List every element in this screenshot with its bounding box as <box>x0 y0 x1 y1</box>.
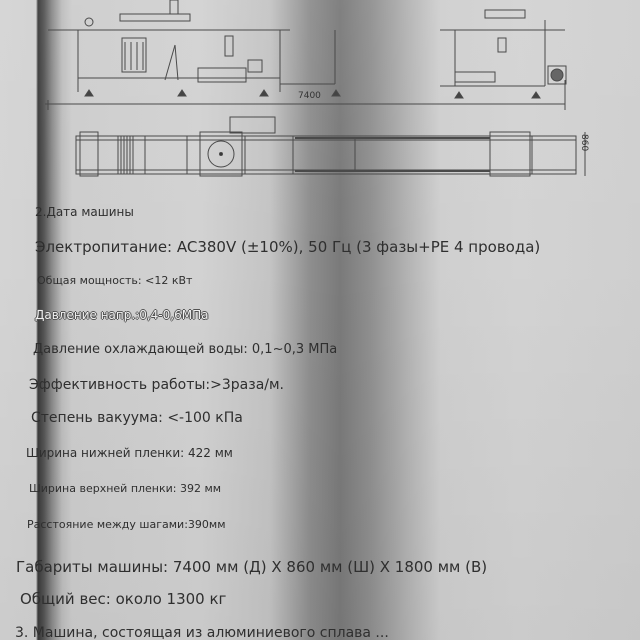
section-heading-machine-data: 2.Дата машины <box>35 205 134 219</box>
spec-air-pressure: Давление напр.:0,4-0,6МПа <box>35 308 208 322</box>
dimension-length-label: 7400 <box>298 91 321 101</box>
spec-efficiency: Эффективность работы:>3раза/м. <box>29 377 284 393</box>
section-3-partial: 3. Машина, состоящая из алюминиевого спл… <box>15 625 389 640</box>
spec-machine-dimensions: Габариты машины: 7400 мм (Д) X 860 мм (Ш… <box>16 558 487 576</box>
spec-power-supply: Электропитание: AC380V (±10%), 50 Гц (3 … <box>35 238 540 256</box>
spec-cooling-water-pressure: Давление охлаждающей воды: 0,1~0,3 МПа <box>33 342 337 357</box>
top-view-drawing <box>76 117 585 176</box>
spec-upper-film-width: Ширина верхней пленки: 392 мм <box>29 482 221 495</box>
spec-lower-film-width: Ширина нижней пленки: 422 мм <box>26 446 233 460</box>
spec-total-power: Общая мощность: <12 кВт <box>37 274 192 287</box>
spec-total-weight: Общий вес: около 1300 кг <box>20 590 226 608</box>
spec-step-distance: Расстояние между шагами:390мм <box>27 518 226 531</box>
spec-vacuum: Степень вакуума: <-100 кПа <box>31 410 243 426</box>
dimension-width-label: 860 <box>579 134 589 151</box>
